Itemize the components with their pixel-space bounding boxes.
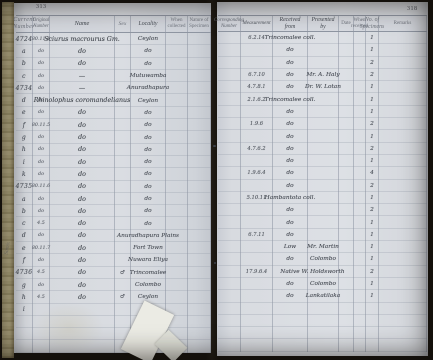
table-cell (218, 155, 241, 167)
table-row (218, 303, 427, 315)
table-cell (339, 266, 354, 278)
table-cell (166, 33, 188, 45)
table-cell: do (273, 106, 308, 118)
table-cell (188, 291, 211, 303)
table-cell (379, 143, 427, 155)
table-cell (188, 181, 211, 193)
table-cell: do (33, 82, 50, 94)
column-header: Name (50, 16, 115, 32)
table-cell (241, 278, 273, 290)
table-cell (166, 156, 188, 168)
table-cell (241, 155, 273, 167)
page-number-right: 318 (407, 6, 418, 12)
table-cell: 80.11.7 (33, 242, 50, 254)
table-cell: do (131, 119, 166, 131)
table-row: LowMr. Martin1 (218, 241, 427, 253)
table-row: ddoRhinolophus coromandelianusCeylon (16, 94, 211, 106)
table-row: 6.7.10doMr. A. Haly2 (218, 69, 427, 81)
table-row: do1 (218, 106, 427, 118)
table-cell: W. Holdsworth (308, 266, 339, 278)
table-cell: g (16, 131, 33, 143)
table-cell: a (16, 193, 33, 205)
table-cell (115, 279, 131, 291)
table-cell: Trincomalee coll. (273, 32, 308, 44)
table-cell (339, 93, 354, 105)
table-cell: 1 (366, 253, 379, 265)
table-row: 4.7.8.1doDr. W. Lotan1 (218, 81, 427, 93)
table-cell (166, 267, 188, 279)
table-cell: ♂ (115, 267, 131, 279)
table-cell (166, 144, 188, 156)
table-row: do1 (218, 216, 427, 228)
table-cell: 4.5 (33, 267, 50, 279)
table-cell (308, 303, 339, 315)
table-cell (379, 32, 427, 44)
table-cell (115, 94, 131, 106)
table-cell (379, 167, 427, 179)
table-row: edododo (16, 107, 211, 119)
page-number-left: 313 (36, 4, 47, 10)
table-cell: do (33, 131, 50, 143)
table-cell (188, 230, 211, 242)
table-cell: 17.9.6.4 (241, 266, 273, 278)
table-row: c4.5dodo (16, 217, 211, 229)
table-cell (339, 118, 354, 130)
table-cell: do (273, 44, 308, 56)
table-cell (218, 130, 241, 142)
table-cell: do (33, 45, 50, 57)
table-cell (188, 119, 211, 131)
table-cell (241, 180, 273, 192)
table-body-left: 472480.11.4Sciurus macrourus Gm.Ceylonad… (16, 33, 211, 353)
table-cell (379, 81, 427, 93)
table-cell (354, 303, 366, 315)
table-cell: 2 (366, 180, 379, 192)
table-cell: do (50, 156, 115, 168)
table-cell: do (33, 279, 50, 291)
table-cell: do (50, 107, 115, 119)
table-row: idododo (16, 156, 211, 168)
table-cell: 6.7.10 (241, 69, 273, 81)
table-cell (308, 106, 339, 118)
table-cell (218, 253, 241, 265)
table-cell (339, 106, 354, 118)
table-cell (166, 193, 188, 205)
table-cell (339, 57, 354, 69)
table-cell (379, 315, 427, 327)
table-cell (188, 316, 211, 328)
table-cell (218, 278, 241, 290)
table-cell (354, 106, 366, 118)
table-cell: do (50, 291, 115, 303)
ink-blot (213, 145, 216, 147)
table-cell (273, 303, 308, 315)
table-cell (354, 180, 366, 192)
table-cell: do (273, 143, 308, 155)
table-cell (166, 230, 188, 242)
table-cell (218, 204, 241, 216)
table-row: e80.11.7doFort Town (16, 242, 211, 254)
table-cell: do (273, 253, 308, 265)
table-cell: g (16, 279, 33, 291)
table-cell: 6.7.11 (241, 229, 273, 241)
table-cell (354, 241, 366, 253)
table-cell (339, 44, 354, 56)
table-cell (354, 216, 366, 228)
table-cell (354, 192, 366, 204)
table-cell: do (33, 58, 50, 70)
table-cell: do (50, 58, 115, 70)
table-cell: do (131, 45, 166, 57)
table-row: bdododo (16, 58, 211, 70)
table-row: 4734do—Anuradhapura (16, 82, 211, 94)
table-cell (166, 45, 188, 57)
table-cell (115, 205, 131, 217)
table-cell (308, 93, 339, 105)
table-cell (379, 69, 427, 81)
table-cell: do (50, 181, 115, 193)
table-cell (50, 316, 115, 328)
column-header: Nature of Specimen (188, 16, 211, 32)
table-cell: Colombo (308, 253, 339, 265)
table-cell: do (273, 81, 308, 93)
table-cell (379, 266, 427, 278)
table-cell (379, 44, 427, 56)
table-row: do2 (218, 180, 427, 192)
table-cell (339, 69, 354, 81)
table-cell: 1 (366, 93, 379, 105)
table-cell (379, 118, 427, 130)
table-cell: do (33, 107, 50, 119)
table-cell (115, 33, 131, 45)
table-cell: do (50, 267, 115, 279)
table-cell: Low (273, 241, 308, 253)
table-cell: 1 (366, 106, 379, 118)
table-cell: do (50, 119, 115, 131)
table-cell (339, 81, 354, 93)
table-cell: 4.7.8.1 (241, 81, 273, 93)
table-cell (354, 32, 366, 44)
table-cell: 4734 (16, 82, 33, 94)
table-cell (379, 327, 427, 339)
table-cell (115, 242, 131, 254)
table-cell (188, 70, 211, 82)
table-cell (339, 241, 354, 253)
table-cell: do (131, 107, 166, 119)
table-row: hdododo (16, 144, 211, 156)
table-cell: do (33, 156, 50, 168)
table-cell: d (16, 94, 33, 106)
table-cell (354, 167, 366, 179)
table-cell: do (50, 45, 115, 57)
table-cell (379, 192, 427, 204)
table-cell (115, 107, 131, 119)
table-cell (308, 143, 339, 155)
table-cell: — (50, 82, 115, 94)
table-cell (218, 266, 241, 278)
table-cell (188, 156, 211, 168)
table-cell (188, 131, 211, 143)
table-cell (241, 315, 273, 327)
table-cell (241, 290, 273, 302)
table-cell: do (273, 229, 308, 241)
table-cell (33, 340, 50, 352)
table-cell (366, 303, 379, 315)
table-row: 5.10.11Hambantota coll.1 (218, 192, 427, 204)
table-cell (354, 253, 366, 265)
table-cell (115, 193, 131, 205)
table-cell: do (50, 144, 115, 156)
table-cell (218, 216, 241, 228)
table-row: bdododo (16, 205, 211, 217)
table-cell (188, 267, 211, 279)
table-row: 472480.11.4Sciurus macrourus Gm.Ceylon (16, 33, 211, 45)
table-cell: Ceylon (131, 33, 166, 45)
table-cell (308, 339, 339, 351)
table-cell (115, 217, 131, 229)
table-cell (241, 216, 273, 228)
table-cell (218, 44, 241, 56)
table-cell: do (33, 168, 50, 180)
table-cell (354, 315, 366, 327)
table-cell (218, 327, 241, 339)
table-cell: do (273, 216, 308, 228)
table-cell (166, 168, 188, 180)
table-row: do1 (218, 130, 427, 142)
table-cell (166, 58, 188, 70)
column-header: Received from (273, 16, 308, 31)
table-cell (166, 70, 188, 82)
table-row: 473580.11.6dodo (16, 181, 211, 193)
table-cell: do (131, 193, 166, 205)
table-cell: do (273, 155, 308, 167)
table-cell (33, 316, 50, 328)
table-cell (354, 278, 366, 290)
table-cell (166, 205, 188, 217)
table-cell: c (16, 70, 33, 82)
table-cell (354, 204, 366, 216)
table-cell: do (50, 205, 115, 217)
table-row: 47364.5do♂Trincomalee (16, 267, 211, 279)
table-cell (339, 192, 354, 204)
table-cell: ♂ (115, 291, 131, 303)
table-row (218, 315, 427, 327)
table-cell (115, 144, 131, 156)
table-cell (115, 316, 131, 328)
table-cell (308, 180, 339, 192)
table-cell (308, 315, 339, 327)
table-cell (166, 107, 188, 119)
column-header: Presented by (308, 16, 339, 31)
table-cell (188, 45, 211, 57)
table-cell (188, 33, 211, 45)
table-cell: Trincomalee (131, 267, 166, 279)
table-cell: 1.9.6 (241, 118, 273, 130)
table-cell (379, 303, 427, 315)
table-cell (115, 304, 131, 316)
table-cell (308, 167, 339, 179)
table-cell (241, 327, 273, 339)
table-cell: do (131, 131, 166, 143)
table-cell: e (16, 242, 33, 254)
table-cell: do (273, 204, 308, 216)
table-cell (50, 304, 115, 316)
table-cell (115, 70, 131, 82)
ledger-page-right: 318 Corresponding NumberMeasurementRecei… (217, 2, 428, 356)
table-cell (115, 58, 131, 70)
table-cell: do (50, 254, 115, 266)
table-cell: 1 (366, 130, 379, 142)
table-cell (166, 119, 188, 131)
table-cell (339, 278, 354, 290)
table-cell (339, 204, 354, 216)
table-row: adododo (16, 45, 211, 57)
table-row (218, 339, 427, 351)
table-cell (218, 69, 241, 81)
table-cell (366, 315, 379, 327)
column-header: No. of Specimens (366, 16, 379, 31)
table-header-right: Corresponding NumberMeasurementReceived … (218, 15, 427, 32)
table-cell: e (16, 107, 33, 119)
column-header: Locality (131, 16, 166, 32)
table-cell (33, 328, 50, 340)
table-cell: 1 (366, 81, 379, 93)
table-cell (354, 130, 366, 142)
table-cell (339, 180, 354, 192)
table-cell: do (273, 180, 308, 192)
table-cell: h (16, 144, 33, 156)
table-cell (188, 279, 211, 291)
table-cell (218, 180, 241, 192)
table-cell: Dr. W. Lotan (308, 81, 339, 93)
table-cell (308, 327, 339, 339)
table-cell: do (273, 167, 308, 179)
table-cell (354, 44, 366, 56)
table-cell (218, 192, 241, 204)
table-cell (33, 304, 50, 316)
table-row (218, 327, 427, 339)
table-cell: b (16, 58, 33, 70)
table-cell: 2 (366, 57, 379, 69)
table-row: gdododo (16, 131, 211, 143)
table-cell (241, 253, 273, 265)
table-row: adododo (16, 193, 211, 205)
table-cell: Hambantota coll. (273, 192, 308, 204)
table-cell (366, 327, 379, 339)
table-cell (218, 143, 241, 155)
table-row: do2 (218, 204, 427, 216)
table-cell: 1 (366, 155, 379, 167)
table-cell (188, 340, 211, 352)
table-cell (308, 44, 339, 56)
table-cell: do (273, 118, 308, 130)
table-cell (354, 69, 366, 81)
table-cell: do (273, 130, 308, 142)
table-cell (115, 119, 131, 131)
table-row: 17.9.6.4NativeW. Holdsworth2 (218, 266, 427, 278)
column-header: Current Number (16, 16, 33, 32)
table-cell: 2 (366, 204, 379, 216)
table-row: doColombo1 (218, 253, 427, 265)
table-cell: Anuradhapura Plains (131, 230, 166, 242)
table-cell: Fort Town (131, 242, 166, 254)
table-row: h4.5do♂Ceylon (16, 291, 211, 303)
table-cell (379, 93, 427, 105)
table-cell: 1.9.6.4 (241, 167, 273, 179)
table-cell (166, 217, 188, 229)
table-row: ddodoAnuradhapura Plains (16, 230, 211, 242)
table-cell (273, 315, 308, 327)
table-cell (241, 303, 273, 315)
scanned-ledger-spread: 313 Current NumberOriginal NumberNameSex… (0, 0, 433, 360)
table-cell (308, 155, 339, 167)
table-cell (354, 93, 366, 105)
table-cell (241, 204, 273, 216)
column-header: Original Number (33, 16, 50, 32)
table-cell: do (131, 168, 166, 180)
table-cell (16, 340, 33, 352)
table-cell (339, 216, 354, 228)
table-cell: Mr. A. Haly (308, 69, 339, 81)
table-cell: Lankatilaka (308, 290, 339, 302)
table-cell (218, 118, 241, 130)
ink-blot (214, 262, 216, 264)
table-cell (354, 290, 366, 302)
table-cell: do (273, 278, 308, 290)
table-cell (308, 118, 339, 130)
table-row: do2 (218, 57, 427, 69)
table-row (16, 328, 211, 340)
table-cell (218, 290, 241, 302)
table-cell: do (33, 144, 50, 156)
table-row (16, 316, 211, 328)
table-cell (218, 57, 241, 69)
table-cell (308, 204, 339, 216)
table-cell (339, 315, 354, 327)
table-row: 1.9.6.4do4 (218, 167, 427, 179)
table-cell: 4.5 (33, 217, 50, 229)
table-cell: f (16, 254, 33, 266)
table-cell (379, 180, 427, 192)
table-cell (115, 45, 131, 57)
table-cell (366, 339, 379, 351)
table-cell (354, 155, 366, 167)
table-cell (188, 107, 211, 119)
table-cell (339, 303, 354, 315)
table-cell: do (50, 242, 115, 254)
table-cell: Rhinolophus coromandelianus (50, 94, 115, 106)
table-cell: do (33, 193, 50, 205)
table-cell (241, 339, 273, 351)
table-cell (188, 205, 211, 217)
table-cell (218, 93, 241, 105)
table-cell (308, 216, 339, 228)
table-cell (379, 106, 427, 118)
table-cell (218, 339, 241, 351)
table-cell (379, 229, 427, 241)
table-row: doColombo1 (218, 278, 427, 290)
table-cell (379, 241, 427, 253)
register-table-right: Corresponding NumberMeasurementReceived … (218, 15, 427, 352)
table-cell (166, 254, 188, 266)
table-cell (188, 193, 211, 205)
table-cell (218, 315, 241, 327)
table-cell: a (16, 45, 33, 57)
table-row: 4.7.6.2do2 (218, 143, 427, 155)
table-cell: k (16, 168, 33, 180)
table-cell (16, 316, 33, 328)
table-cell: 80.11.6 (33, 181, 50, 193)
